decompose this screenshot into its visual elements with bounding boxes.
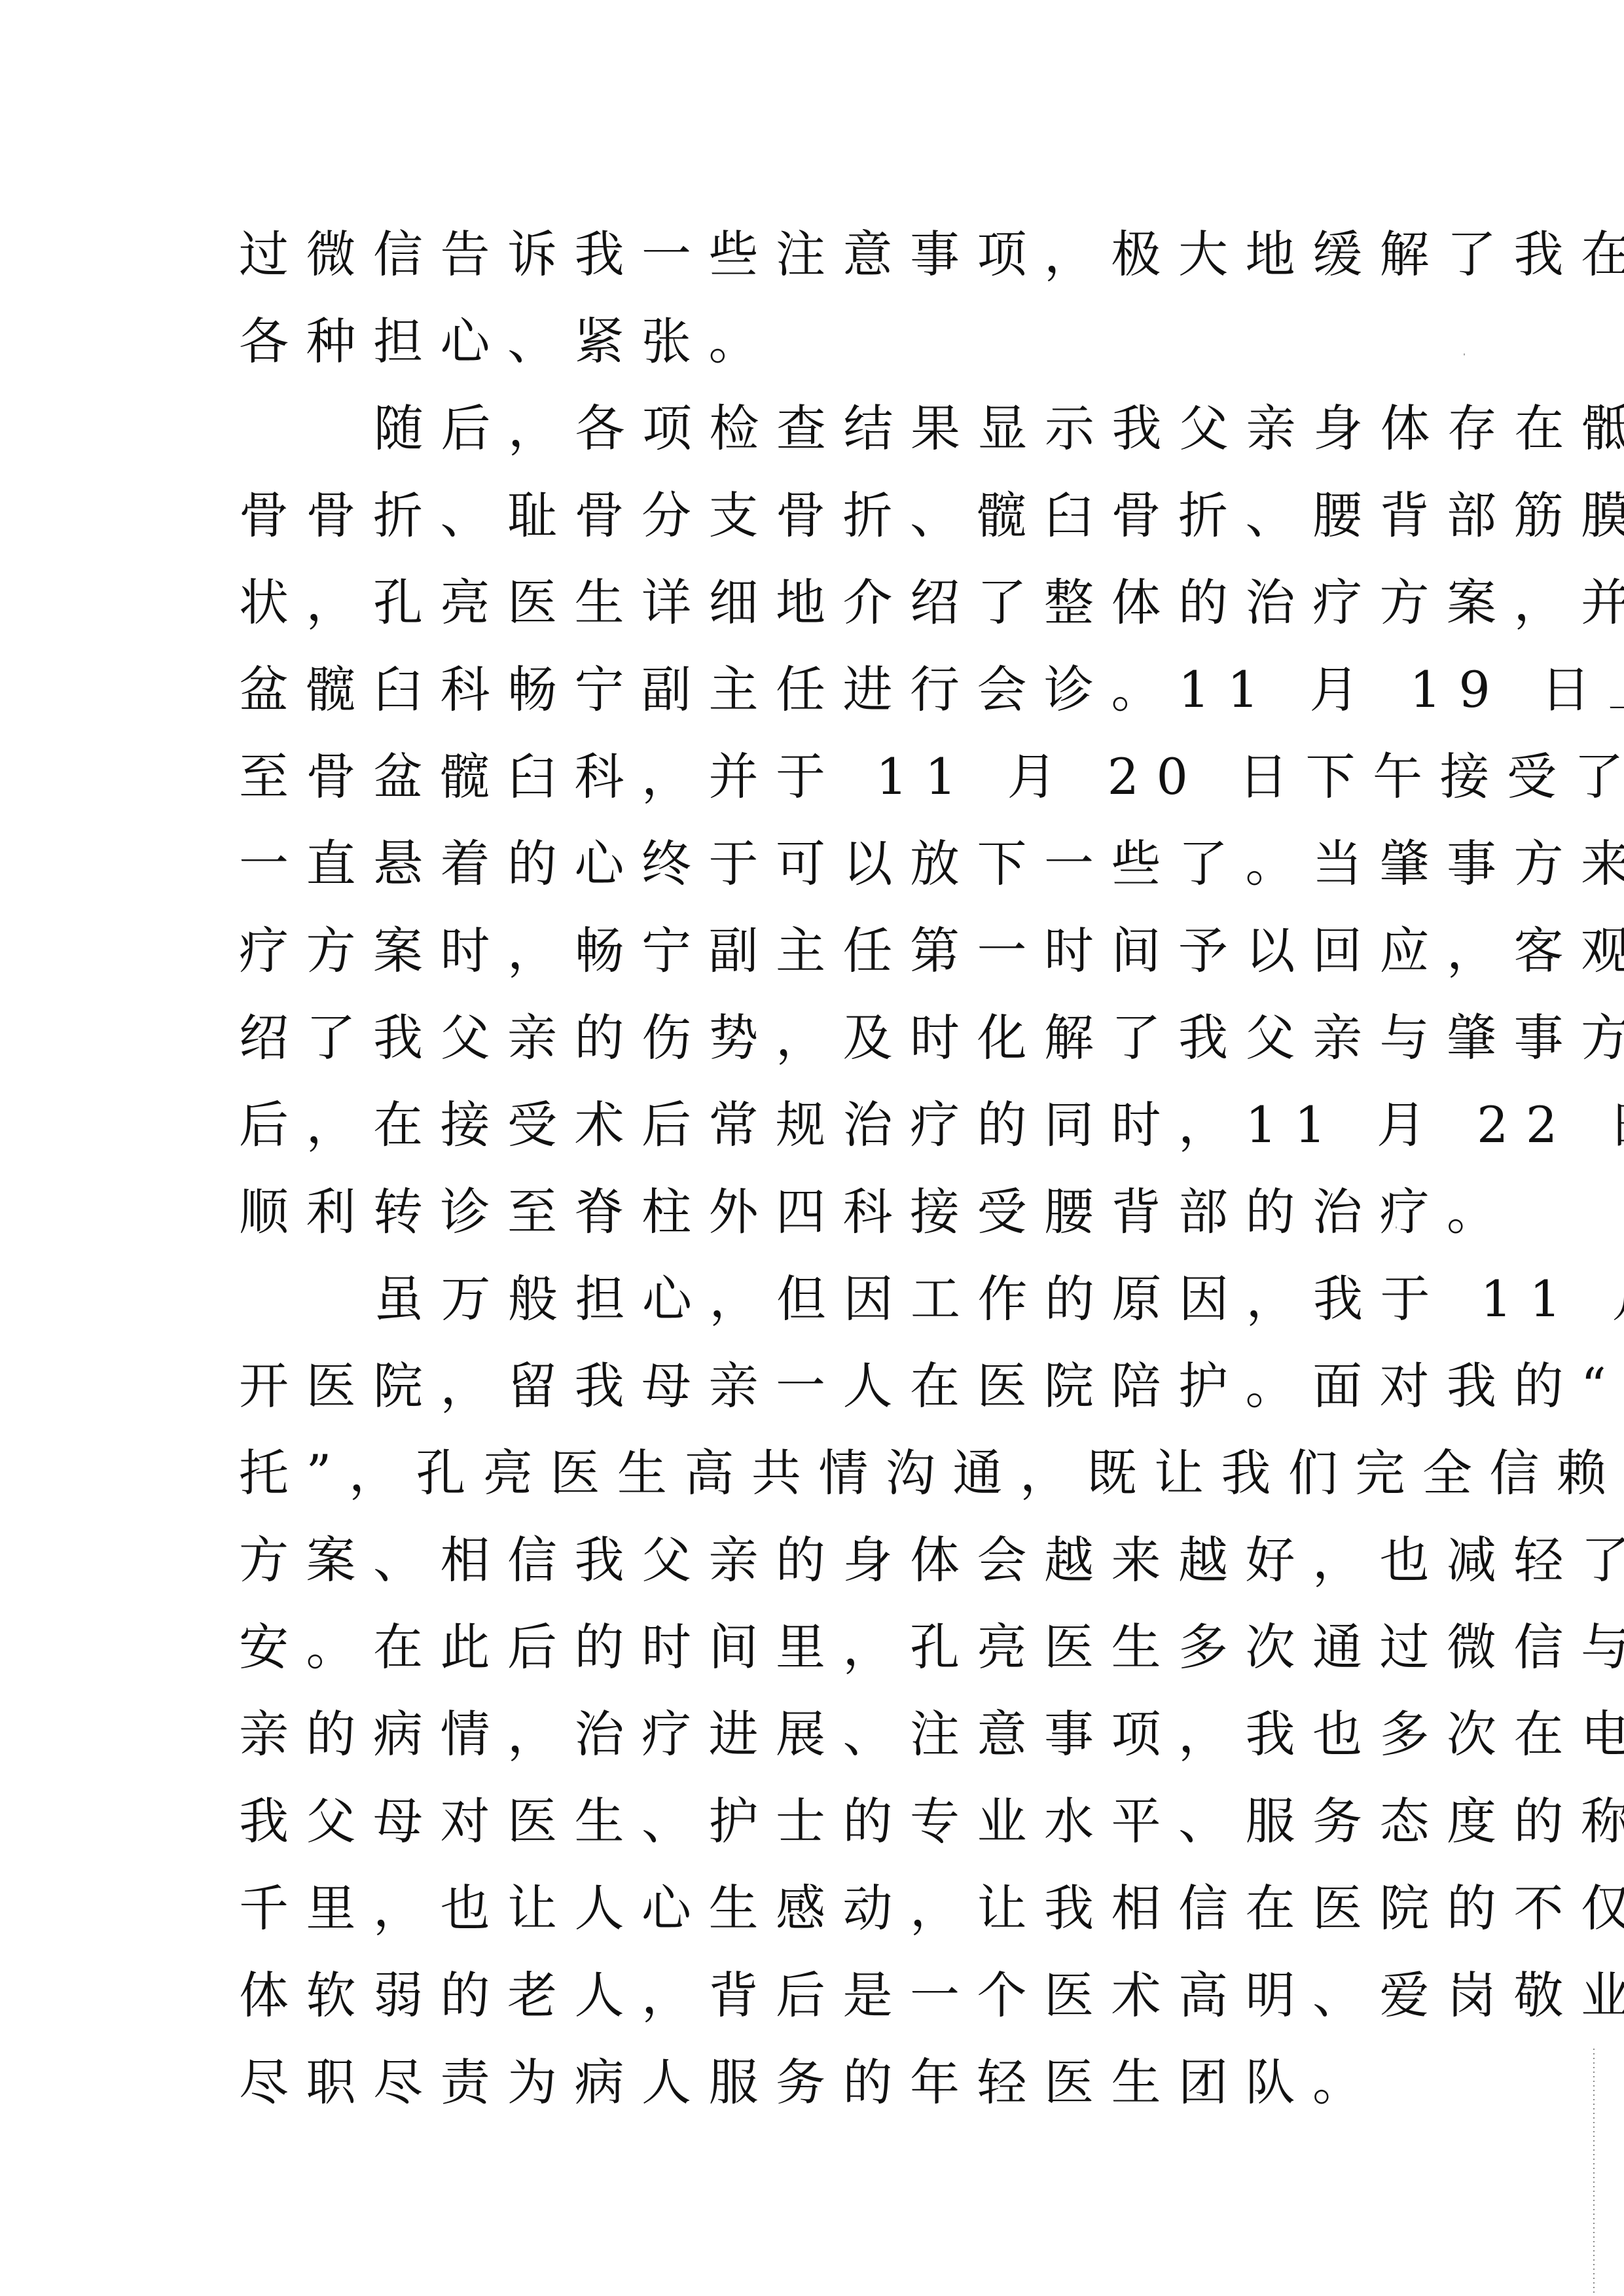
text-line-content: 状，孔亮医生详细地介绍了整体的治疗方案，并积极联系骨 xyxy=(239,559,1624,646)
text-line: 状，孔亮医生详细地介绍了整体的治疗方案，并积极联系骨 xyxy=(239,559,1391,646)
text-line-content: 安。在此后的时间里，孔亮医生多次通过微信与我沟通我父 xyxy=(239,1604,1624,1691)
paragraph-first-line: 随后，各项检查结果显示我父亲身体存在骶骨骨折、骼 xyxy=(239,385,1391,472)
text-line: 方案、相信我父亲的身体会越来越好，也减轻了我的焦虑不 xyxy=(239,1516,1391,1604)
text-line: 疗方案时，畅宁副主任第一时间予以回应，客观、专业地介 xyxy=(239,907,1391,994)
text-line: 体软弱的老人，背后是一个医术高明、爱岗敬业、温柔体恤、 xyxy=(239,1952,1391,2039)
text-line: 盆髋臼科畅宁副主任进行会诊。11 月 19 日上午我父亲转诊 xyxy=(239,646,1391,733)
text-line-content: 绍了我父亲的伤势，及时化解了我父亲与肇事方的纠纷。而 xyxy=(239,994,1624,1081)
document-page: 过微信告诉我一些注意事项，极大地缓解了我在回程路上的 各种担心、紧张。 随后，各… xyxy=(239,211,1391,2126)
text-line-content: 尽职尽责为病人服务的年轻医生团队。 xyxy=(239,2039,1380,2126)
text-line: 亲的病情，治疗进展、注意事项，我也多次在电话里听到了 xyxy=(239,1691,1391,1778)
text-line-content: 体软弱的老人，背后是一个医术高明、爱岗敬业、温柔体恤、 xyxy=(239,1952,1624,2039)
text-line-content: 方案、相信我父亲的身体会越来越好，也减轻了我的焦虑不 xyxy=(239,1516,1624,1604)
text-line: 顺利转诊至脊柱外四科接受腰背部的治疗。 xyxy=(239,1168,1391,1255)
text-line-content: 骨骨折、耻骨分支骨折、髋臼骨折、腰背部筋膜炎等多重症 xyxy=(239,472,1624,559)
text-line: 尽职尽责为病人服务的年轻医生团队。 xyxy=(239,2039,1391,2126)
text-line-content: 至骨盆髋臼科，并于 11 月 20 日下午接受了手术，我们家属 xyxy=(239,733,1624,820)
text-line: 骨骨折、耻骨分支骨折、髋臼骨折、腰背部筋膜炎等多重症 xyxy=(239,472,1391,559)
text-line-content: 疗方案时，畅宁副主任第一时间予以回应，客观、专业地介 xyxy=(239,907,1624,994)
text-line-content: 顺利转诊至脊柱外四科接受腰背部的治疗。 xyxy=(239,1168,1514,1255)
text-line: 绍了我父亲的伤势，及时化解了我父亲与肇事方的纠纷。而 xyxy=(239,994,1391,1081)
text-line: 千里，也让人心生感动，让我相信在医院的不仅仅是两个身 xyxy=(239,1865,1391,1952)
text-line-content: 过微信告诉我一些注意事项，极大地缓解了我在回程路上的 xyxy=(239,211,1624,298)
scan-artifact-dot xyxy=(1464,353,1465,355)
text-line-content: 一直悬着的心终于可以放下一些了。当肇事方来医院质疑治 xyxy=(239,820,1624,907)
text-line: 后，在接受术后常规治疗的同时，11 月 22 日下午，我父亲 xyxy=(239,1081,1391,1168)
text-line-content: 我父母对医生、护士的专业水平、服务态度的称赞。虽远隔 xyxy=(239,1778,1624,1865)
text-line: 安。在此后的时间里，孔亮医生多次通过微信与我沟通我父 xyxy=(239,1604,1391,1691)
text-line: 过微信告诉我一些注意事项，极大地缓解了我在回程路上的 xyxy=(239,211,1391,298)
text-line: 我父母对医生、护士的专业水平、服务态度的称赞。虽远隔 xyxy=(239,1778,1391,1865)
scan-artifact-dot xyxy=(1396,1227,1397,1229)
text-line: 至骨盆髋臼科，并于 11 月 20 日下午接受了手术，我们家属 xyxy=(239,733,1391,820)
text-line: 各种担心、紧张。 xyxy=(239,298,1391,385)
text-line-content: 亲的病情，治疗进展、注意事项，我也多次在电话里听到了 xyxy=(239,1691,1624,1778)
paragraph-first-line: 虽万般担心，但因工作的原因，我于 11 月 23 日下午离 xyxy=(239,1255,1391,1342)
scan-artifact-edge-line xyxy=(1593,2049,1595,2296)
text-line: 开医院，留我母亲一人在医院陪护。面对我的“千叮咛万嘱 xyxy=(239,1342,1391,1429)
text-line-content: 各种担心、紧张。 xyxy=(239,298,776,385)
text-line-content: 开医院，留我母亲一人在医院陪护。面对我的“千叮咛万嘱 xyxy=(239,1342,1624,1429)
text-line-content: 虽万般担心，但因工作的原因，我于 11 月 23 日下午离 xyxy=(374,1255,1624,1342)
text-line: 托”，孔亮医生高共情沟通，既让我们完全信赖医生的治疗 xyxy=(239,1429,1391,1516)
text-line-content: 托”，孔亮医生高共情沟通，既让我们完全信赖医生的治疗 xyxy=(239,1429,1624,1516)
text-line-content: 后，在接受术后常规治疗的同时，11 月 22 日下午，我父亲 xyxy=(239,1081,1624,1168)
text-line: 一直悬着的心终于可以放下一些了。当肇事方来医院质疑治 xyxy=(239,820,1391,907)
text-line-content: 盆髋臼科畅宁副主任进行会诊。11 月 19 日上午我父亲转诊 xyxy=(239,646,1624,733)
text-line-content: 随后，各项检查结果显示我父亲身体存在骶骨骨折、骼 xyxy=(374,385,1624,472)
text-line-content: 千里，也让人心生感动，让我相信在医院的不仅仅是两个身 xyxy=(239,1865,1624,1952)
